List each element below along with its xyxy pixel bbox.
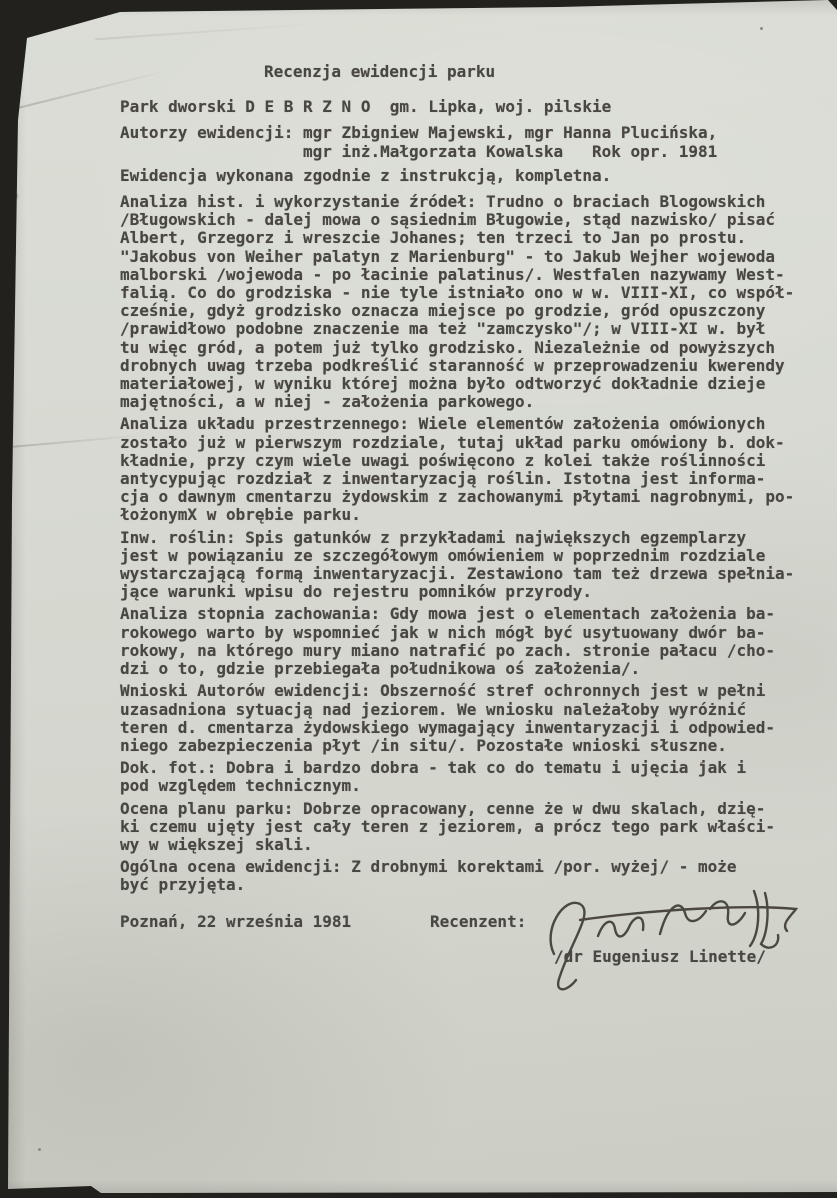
paragraph-wnioski-autorow: Wnioski Autorów ewidencji: Obszerność st… — [120, 682, 796, 755]
document-title: Recenzja ewidencji parku — [264, 63, 796, 81]
signature-block: /dr Eugeniusz Linette/ — [540, 888, 810, 1006]
completeness-note: Ewidencja wykonana zgodnie z instrukcją,… — [120, 167, 796, 185]
place-date: Poznań, 22 września 1981 — [120, 912, 351, 931]
paragraph-dokumentacja-fotograficzna: Dok. fot.: Dobra i bardzo dobra - tak co… — [120, 759, 796, 795]
reviewer-label: Recenzent: — [430, 913, 526, 931]
paper-crease — [95, 22, 335, 41]
punch-hole — [11, 193, 17, 199]
ink-speck — [38, 1148, 41, 1151]
park-heading: Park dworski D E B R Z N O gm. Lipka, wo… — [120, 98, 796, 116]
paragraph-ocena-planu-parku: Ocena planu parku: Dobrze opracowany, ce… — [120, 800, 796, 855]
punch-hole — [9, 250, 15, 256]
paragraph-inwentaryzacja-roslin: Inw. roślin: Spis gatunków z przykładami… — [120, 529, 796, 602]
paragraph-analiza-ukladu-przestrzennego: Analiza układu przestrzennego: Wiele ele… — [120, 415, 796, 524]
authors-line: Autorzy ewidencji: mgr Zbigniew Majewski… — [120, 124, 796, 160]
ink-speck — [760, 27, 763, 30]
paragraph-analiza-stopnia-zachowania: Analiza stopnia zachowania: Gdy mowa jes… — [120, 605, 796, 678]
reviewer-typed-name: /dr Eugeniusz Linette/ — [554, 948, 766, 966]
paragraph-analiza-historyczna: Analiza hist. i wykorzystanie źródeł: Tr… — [120, 193, 796, 411]
document-page: Recenzja ewidencji parku Park dworski D … — [0, 0, 837, 1198]
typewritten-content: Recenzja ewidencji parku Park dworski D … — [120, 63, 796, 932]
